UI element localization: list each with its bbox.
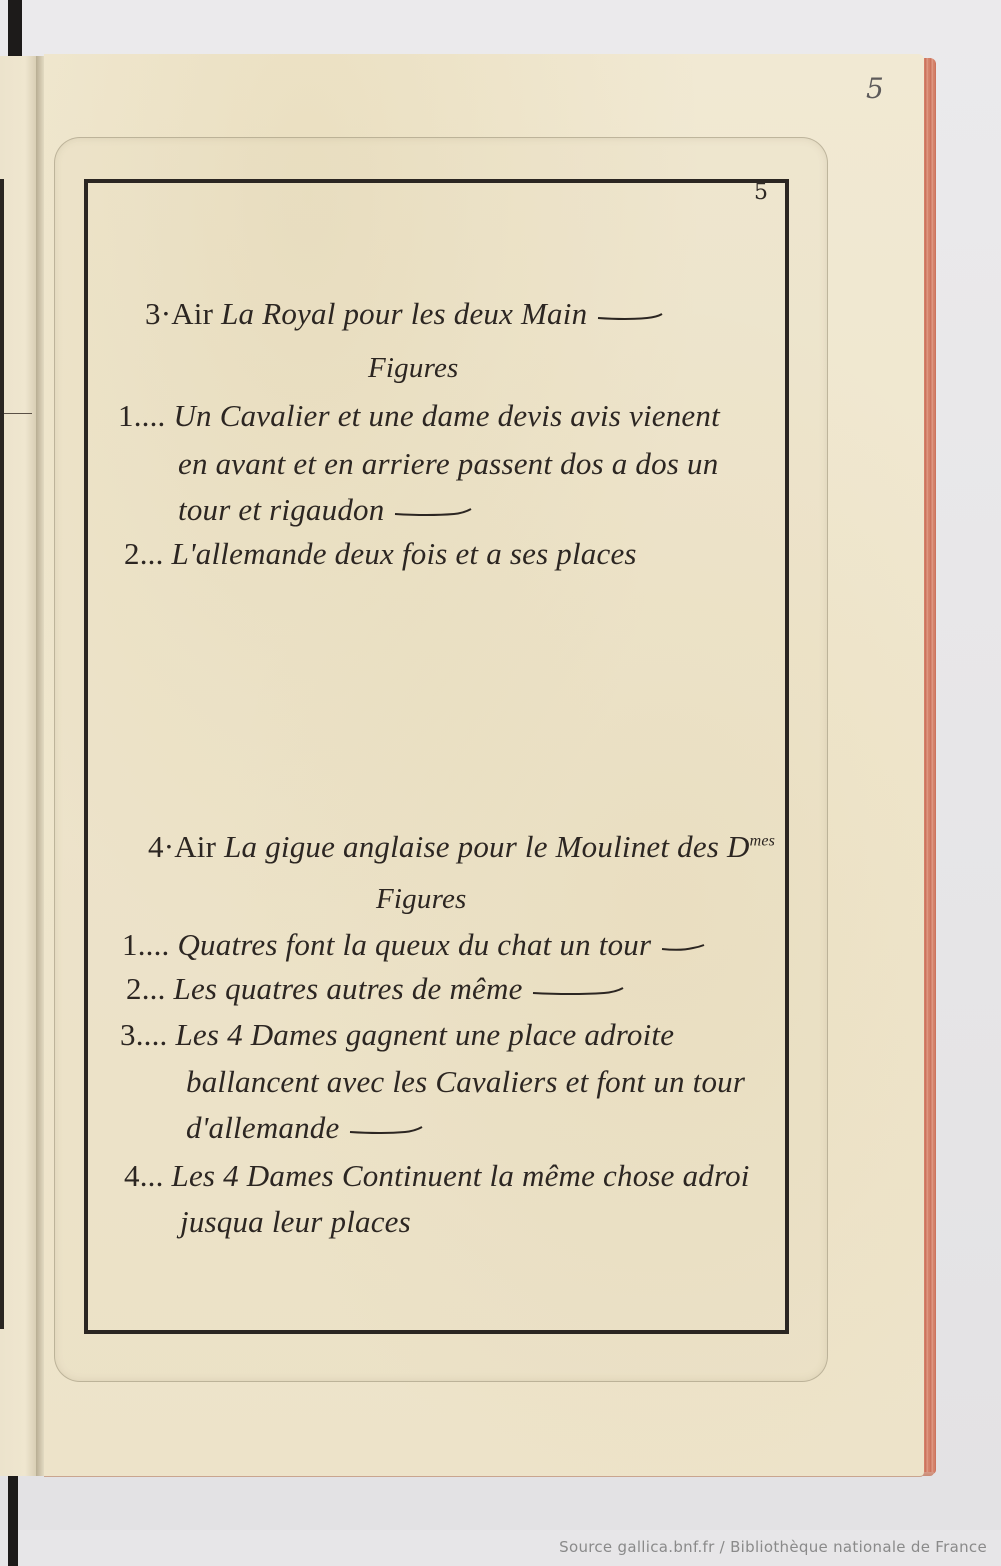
flourish-icon <box>661 943 705 953</box>
flourish-icon <box>349 1126 423 1136</box>
flourish-icon <box>532 987 624 997</box>
item-number: 4... <box>124 1158 164 1193</box>
section-4-item-3-line-3: d'allemande <box>186 1110 423 1146</box>
item-number: 3.... <box>120 1017 168 1052</box>
section-4-item-3: 3.... Les 4 Dames gagnent une place adro… <box>120 1017 674 1053</box>
flourish-icon <box>394 508 472 518</box>
section-3-item-1-line-2: en avant et en arriere passent dos a dos… <box>178 446 718 482</box>
section-4-title-superscript: mes <box>750 833 775 850</box>
bookmark-ribbon-top <box>8 0 22 60</box>
source-attribution: Source gallica.bnf.fr / Bibliothèque nat… <box>559 1538 987 1556</box>
section-4-heading: 4·Air La gigue anglaise pour le Moulinet… <box>148 829 775 865</box>
section-4-figures-label: Figures <box>376 883 467 916</box>
item-line: Un Cavalier et une dame devis avis viene… <box>173 398 719 433</box>
previous-page-rule <box>4 413 32 414</box>
section-4-item-3-line-2: ballancent avec les Cavaliers et font un… <box>186 1064 745 1100</box>
manuscript-page-number: 5 <box>866 72 884 105</box>
item-line: d'allemande <box>186 1110 339 1145</box>
item-line: Quatres font la queux du chat un tour <box>177 927 651 962</box>
flourish-icon <box>597 312 663 322</box>
section-3-item-2: 2... L'allemande deux fois et a ses plac… <box>124 536 637 572</box>
plate-number: 5 <box>754 180 768 205</box>
item-line: L'allemande deux fois et a ses places <box>172 536 637 571</box>
item-number: 2... <box>124 536 164 571</box>
section-4-item-4: 4... Les 4 Dames Continuent la même chos… <box>124 1158 750 1194</box>
item-line: tour et rigaudon <box>178 492 384 527</box>
section-4-item-4-line-2: jusqua leur places <box>180 1204 411 1240</box>
item-line: Les 4 Dames gagnent une place adroite <box>175 1017 674 1052</box>
section-4-item-1: 1.... Quatres font la queux du chat un t… <box>122 927 705 963</box>
section-3-title: La Royal pour les deux Main <box>221 296 587 331</box>
item-line: Les quatres autres de même <box>174 971 523 1006</box>
section-3-number: 3·Air <box>145 296 213 331</box>
previous-page-edge <box>0 56 37 1476</box>
previous-page-frame-line <box>0 179 4 1329</box>
item-number: 1.... <box>122 927 170 962</box>
section-4-number: 4·Air <box>148 829 216 864</box>
item-number: 1.... <box>118 398 166 433</box>
section-3-item-1: 1.... Un Cavalier et une dame devis avis… <box>118 398 720 434</box>
section-3-figures-label: Figures <box>368 352 459 385</box>
section-3-item-1-line-3: tour et rigaudon <box>178 492 472 528</box>
red-page-edges <box>924 58 936 1474</box>
section-3-heading: 3·Air La Royal pour les deux Main <box>145 296 663 332</box>
section-4-title: La gigue anglaise pour le Moulinet des D <box>224 829 749 864</box>
item-number: 2... <box>126 971 166 1006</box>
bookmark-ribbon-bottom <box>8 1476 18 1566</box>
section-4-item-2: 2... Les quatres autres de même <box>126 971 624 1007</box>
item-line: Les 4 Dames Continuent la même chose adr… <box>172 1158 750 1193</box>
